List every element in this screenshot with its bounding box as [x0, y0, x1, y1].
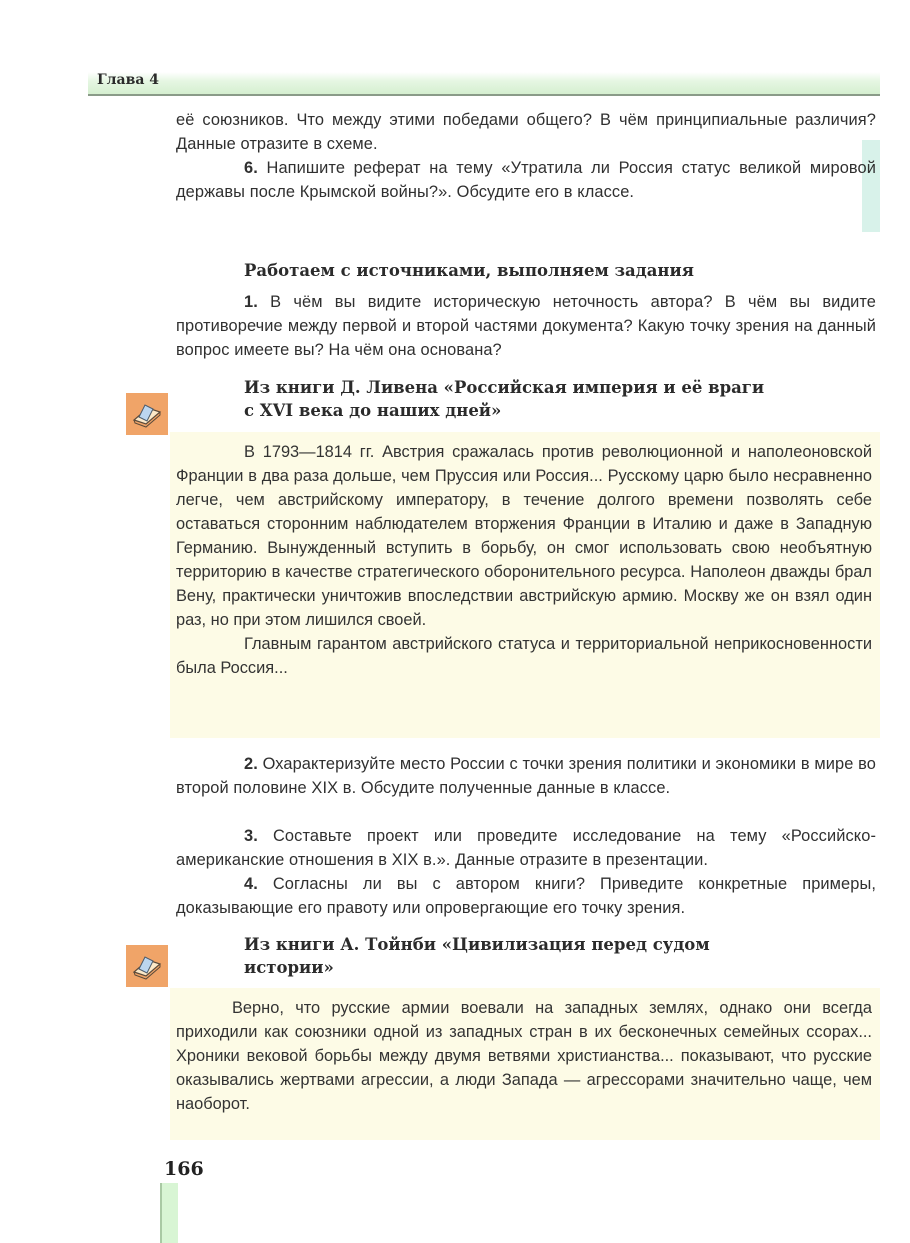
book-source-icon: [126, 945, 168, 987]
task-number: 2.: [244, 755, 258, 773]
task-1-paragraph: 1. В чём вы видите историческую неточнос…: [176, 290, 876, 363]
task-6-paragraph: 6. Напишите реферат на тему «Утратила ли…: [176, 156, 876, 204]
source-2-quote: Верно, что русские армии воевали на запа…: [176, 996, 872, 1116]
task-2-paragraph: 2. Охарактеризуйте место России с точки …: [176, 752, 876, 800]
task-number: 6.: [244, 159, 258, 177]
intro-paragraph-continued: её союзников. Что между этими победами о…: [176, 108, 876, 156]
task-number: 3.: [244, 827, 258, 845]
quote-paragraph: Главным гарантом австрийского статуса и …: [176, 632, 872, 680]
task-4-paragraph: 4. Согласны ли вы с автором книги? Приве…: [176, 872, 876, 920]
source-1-quote: В 1793—1814 гг. Австрия сражалась против…: [176, 440, 872, 680]
task-3-paragraph: 3. Составьте проект или проведите исслед…: [176, 824, 876, 872]
chapter-label: Глава 4: [97, 72, 159, 88]
page-margin-decoration: [160, 1183, 178, 1243]
source-1-title: Из книги Д. Ливена «Российская империя и…: [244, 376, 764, 422]
task-text: Напишите реферат на тему «Утратила ли Ро…: [176, 159, 876, 201]
source-2-title: Из книги А. Тойнби «Цивилизация перед су…: [244, 933, 710, 979]
task-text: Составьте проект или проведите исследова…: [176, 827, 876, 869]
task-number: 1.: [244, 293, 258, 311]
quote-paragraph: Верно, что русские армии воевали на запа…: [176, 996, 872, 1116]
chapter-header-bar: [88, 72, 880, 96]
task-number: 4.: [244, 875, 258, 893]
task-text: В чём вы видите историческую неточность …: [176, 293, 876, 359]
quote-paragraph: В 1793—1814 гг. Австрия сражалась против…: [176, 440, 872, 632]
book-source-icon: [126, 393, 168, 435]
task-text: Охарактеризуйте место России с точки зре…: [176, 755, 876, 797]
section-heading: Работаем с источниками, выполняем задани…: [244, 259, 694, 282]
task-text: Согласны ли вы с автором книги? Приведит…: [176, 875, 876, 917]
page-number: 166: [164, 1158, 204, 1180]
